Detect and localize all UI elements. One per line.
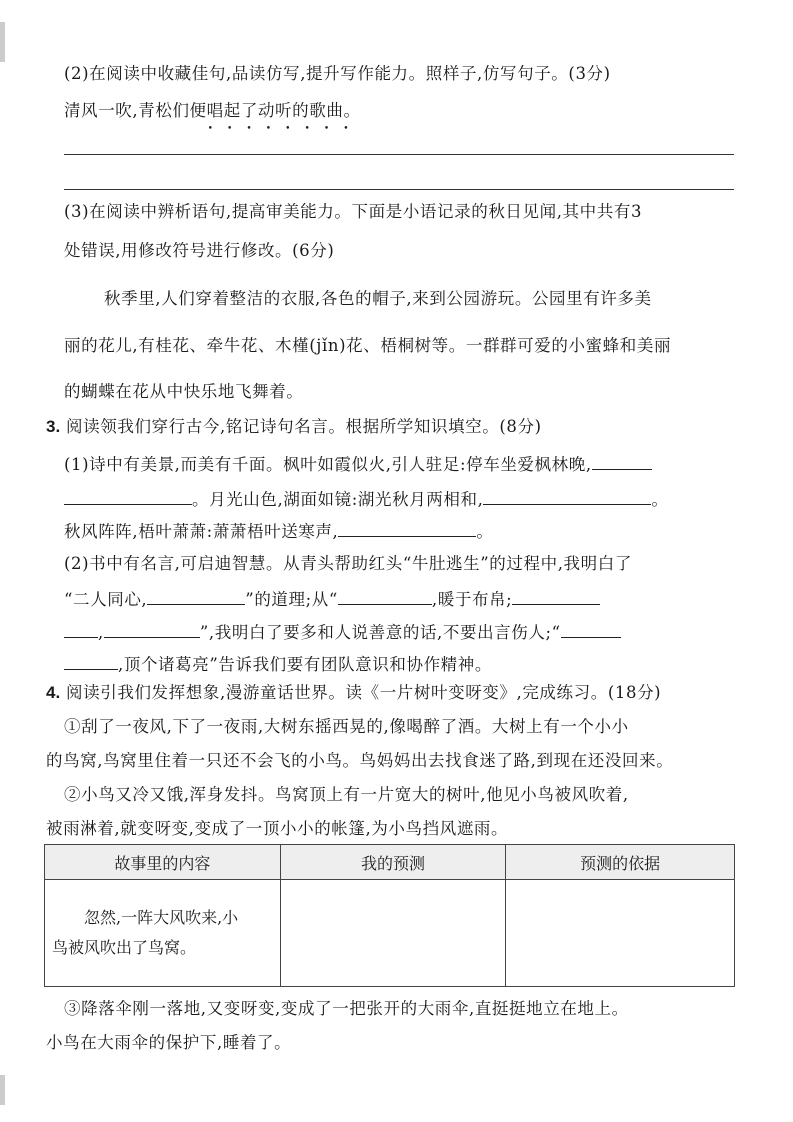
header-story-content: 故事里的内容 (45, 845, 281, 880)
q4-title: 4. 阅读引我们发挥想象,漫游童话世界。读《一片树叶变呀变》,完成练习。(18分… (46, 682, 661, 704)
fill-blank[interactable] (483, 487, 651, 505)
table-header-row: 故事里的内容 我的预测 预测的依据 (45, 845, 735, 880)
q3-part2-line1: (2)书中有名言,可启迪智慧。从青头帮助红头“牛肚逃生”的过程中,我明白了 (64, 553, 632, 575)
period: 。 (651, 490, 668, 509)
quote-text: ”的道理;从“ (245, 590, 338, 609)
story-para1-line1: ①刮了一夜风,下了一夜雨,大树东摇西晃的,像喝醉了酒。大树上有一个小小 (64, 716, 629, 738)
emphasized-phrase: 唱起了动听的歌曲 (207, 101, 344, 120)
cell-line-1: 忽然,一阵大风吹来,小 (46, 903, 279, 933)
quote-text: ,顶个诸葛亮”告诉我们要有团队意识和协作精神。 (118, 655, 492, 674)
prediction-table: 故事里的内容 我的预测 预测的依据 忽然,一阵大风吹来,小 鸟被风吹出了鸟窝。 (44, 844, 735, 987)
page-edge-mark (0, 1075, 5, 1105)
table-row: 忽然,一阵大风吹来,小 鸟被风吹出了鸟窝。 (45, 880, 735, 987)
question-title: 阅读引我们发挥想象,漫游童话世界。读《一片树叶变呀变》,完成练习。(18分) (66, 683, 661, 702)
question-number: 3. (46, 417, 60, 436)
fill-blank[interactable] (512, 587, 600, 605)
q3-part2-line3: ,”,我明白了要多和人说善意的话,不要出言伤人;“ (64, 620, 621, 644)
q3-title: 3. 阅读领我们穿行古今,铭记诗句名言。根据所学知识填空。(8分) (46, 416, 542, 438)
cell-prediction-basis[interactable] (506, 880, 735, 987)
fill-blank[interactable] (338, 587, 432, 605)
story-para2-line2: 被雨淋着,就变呀变,变成了一顶小小的帐篷,为小鸟挡风遮雨。 (46, 818, 508, 840)
cell-line-2: 鸟被风吹出了鸟窝。 (46, 933, 279, 963)
q3-part2-line2: “二人同心,”的道理;从“,暖于布帛; (64, 587, 600, 611)
q2-part3-prompt-line1: (3)在阅读中辨析语句,提高审美能力。下面是小语记录的秋日见闻,其中共有3 (64, 201, 642, 223)
passage-line-3: 的蝴蝶在花从中快乐地飞舞着。 (64, 381, 303, 403)
fill-blank[interactable] (338, 519, 476, 537)
example-text: 清风一吹,青松们便 (64, 101, 207, 120)
story-para2-line1: ②小鸟又冷又饿,浑身发抖。鸟窝顶上有一片宽大的树叶,他见小鸟被风吹着, (64, 784, 629, 806)
cell-my-prediction[interactable] (280, 880, 506, 987)
poem-prompt-text: 秋风阵阵,梧叶萧萧:萧萧梧叶送寒声, (64, 522, 338, 541)
q3-part1-line3: 秋风阵阵,梧叶萧萧:萧萧梧叶送寒声,。 (64, 519, 493, 543)
quote-text: ”,我明白了要多和人说善意的话,不要出言伤人;“ (200, 623, 561, 642)
question-number: 4. (46, 683, 60, 702)
quote-text: ,暖于布帛; (432, 590, 512, 609)
fill-blank[interactable] (64, 487, 192, 505)
q2-part3-prompt-line2: 处错误,用修改符号进行修改。(6分) (64, 240, 334, 262)
fill-blank[interactable] (561, 620, 621, 638)
fill-blank[interactable] (104, 620, 200, 638)
question-title: 阅读领我们穿行古今,铭记诗句名言。根据所学知识填空。(8分) (66, 417, 542, 436)
story-para3-line1: ③降落伞刚一落地,又变呀变,变成了一把张开的大雨伞,直挺挺地立在地上。 (64, 998, 629, 1020)
story-para3-line2: 小鸟在大雨伞的保护下,睡着了。 (46, 1032, 291, 1054)
fill-blank[interactable] (592, 452, 652, 470)
cell-story-content: 忽然,一阵大风吹来,小 鸟被风吹出了鸟窝。 (45, 880, 281, 987)
answer-line-1[interactable] (64, 154, 734, 155)
passage-line-2: 丽的花儿,有桂花、牵牛花、木槿(jǐn)花、梧桐树等。一群群可爱的小蜜蜂和美丽 (64, 335, 671, 357)
q3-part1-line1: (1)诗中有美景,而美有千面。枫叶如霞似火,引人驻足:停车坐爱枫林晚, (64, 452, 652, 476)
fill-blank[interactable] (64, 620, 98, 638)
header-prediction-basis: 预测的依据 (506, 845, 735, 880)
story-para1-line2: 的鸟窝,鸟窝里住着一只还不会飞的小鸟。鸟妈妈出去找食迷了路,到现在还没回来。 (46, 750, 673, 772)
fill-blank[interactable] (64, 652, 118, 670)
header-my-prediction: 我的预测 (280, 845, 506, 880)
poem-prompt-text: (1)诗中有美景,而美有千面。枫叶如霞似火,引人驻足:停车坐爱枫林晚, (64, 455, 592, 474)
answer-line-2[interactable] (64, 189, 734, 190)
q2-part2-example: 清风一吹,青松们便唱起了动听的歌曲。 (64, 100, 361, 122)
page-edge-mark (0, 22, 5, 62)
period: 。 (476, 522, 493, 541)
quote-text: “二人同心, (64, 590, 147, 609)
poem-prompt-text: 。月光山色,湖面如镜:湖光秋月两相和, (192, 490, 483, 509)
fill-blank[interactable] (147, 587, 245, 605)
q3-part2-line4: ,顶个诸葛亮”告诉我们要有团队意识和协作精神。 (64, 652, 492, 676)
passage-line-1: 秋季里,人们穿着整洁的衣服,各色的帽子,来到公园游玩。公园里有许多美 (104, 288, 652, 310)
q3-part1-line2: 。月光山色,湖面如镜:湖光秋月两相和,。 (64, 487, 669, 511)
q2-part2-prompt: (2)在阅读中收藏佳句,品读仿写,提升写作能力。照样子,仿写句子。(3分) (64, 63, 611, 85)
